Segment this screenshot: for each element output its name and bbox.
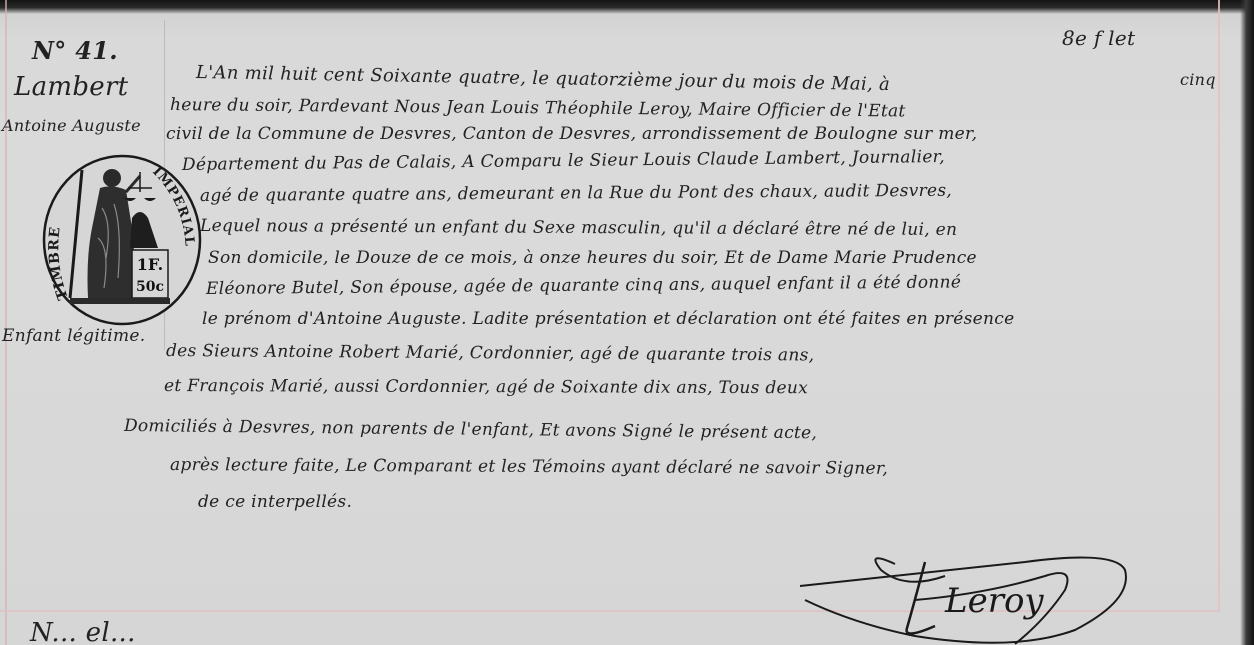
scan-top-edge-shadow [0, 0, 1254, 14]
justice-figure-stamp-icon: TIMBRE IMPERIAL 1F. 50c [40, 148, 205, 328]
body-line-9: le prénom d'Antoine Auguste. Ladite prés… [202, 309, 1014, 329]
next-entry-fragment: N... el... [30, 618, 136, 645]
insertion-above-line: 8e f let [1062, 26, 1135, 50]
insertion-note: cinq [1180, 70, 1216, 89]
margin-given-names: Antoine Auguste [2, 116, 141, 135]
body-line-1: L'An mil huit cent Soixante quatre, le q… [196, 62, 890, 95]
body-line-11: et François Marié, aussi Cordonnier, agé… [164, 376, 808, 398]
mayor-signature: Leroy [795, 540, 1155, 645]
body-line-14: de ce interpellés. [198, 492, 352, 512]
stamp-price-cents: 50c [136, 279, 164, 295]
stamp-price-franc: 1F. [137, 255, 163, 274]
page-frame-right-line [1218, 0, 1220, 612]
body-line-13: après lecture faite, Le Comparant et les… [170, 455, 888, 479]
margin-legitimacy-note: Enfant légitime. [2, 326, 145, 346]
signature-flourish-icon: Leroy [795, 540, 1155, 645]
body-line-10: des Sieurs Antoine Robert Marié, Cordonn… [166, 341, 815, 366]
margin-entry-number: N° 41. [32, 36, 118, 65]
body-line-6: Lequel nous a présenté un enfant du Sexe… [200, 216, 957, 240]
signature-name: Leroy [944, 581, 1044, 621]
margin-surname: Lambert [14, 72, 128, 102]
body-line-2: heure du soir, Pardevant Nous Jean Louis… [170, 95, 906, 121]
body-line-3: civil de la Commune de Desvres, Canton d… [166, 124, 977, 144]
body-line-4: Département du Pas de Calais, A Comparu … [182, 147, 945, 175]
body-line-8: Eléonore Butel, Son épouse, agée de quar… [206, 272, 961, 299]
body-line-12: Domiciliés à Desvres, non parents de l'e… [124, 416, 817, 443]
scanned-register-page: N° 41. Lambert Antoine Auguste Enfant lé… [0, 0, 1254, 645]
left-page-rule [5, 0, 7, 645]
imperial-tax-stamp: TIMBRE IMPERIAL 1F. 50c [40, 148, 205, 328]
body-line-7: Son domicile, le Douze de ce mois, à onz… [208, 248, 977, 268]
body-line-5: agé de quarante quatre ans, demeurant en… [200, 181, 952, 206]
scan-right-edge-shadow [1240, 0, 1254, 645]
